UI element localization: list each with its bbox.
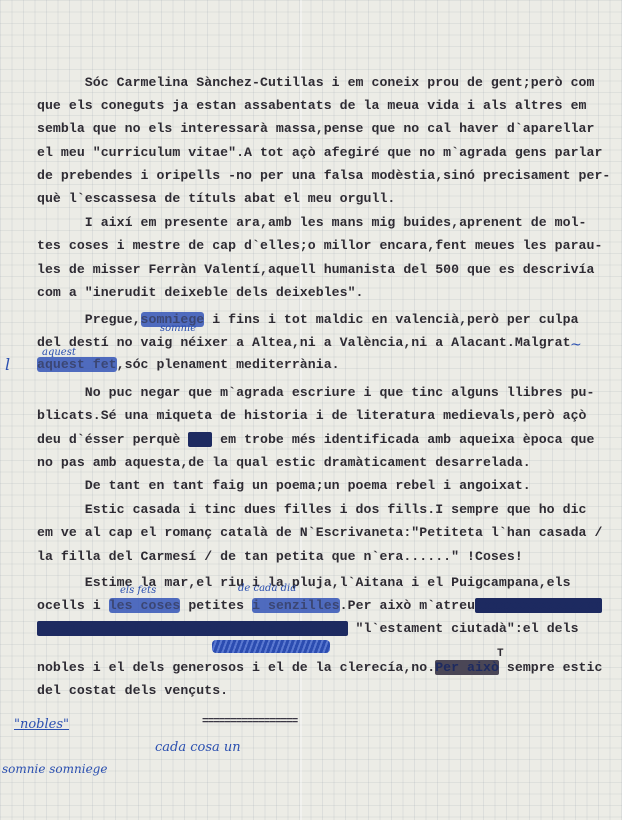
ink-scribble [212, 640, 330, 653]
text-line: blicats.Sé una miqueta de historia i de … [37, 408, 587, 424]
text-line: ocells i les coses petites i senzilles.P… [37, 598, 602, 614]
text-line: de prebendes i oripells -no per una fals… [37, 168, 610, 184]
text-fragment: sempre estic [499, 660, 603, 675]
text-fragment: "l`estament ciutadà":el dels [348, 621, 579, 636]
separator-rule: ================= [202, 716, 297, 728]
handwritten-note: somnie somniege [2, 762, 107, 776]
typewritten-page: Sóc Carmelina Sànchez-Cutillas i em cone… [0, 0, 622, 820]
struck-word: i senzilles [252, 598, 340, 613]
text-line: tes coses i mestre de cap d`elles;o mill… [37, 238, 602, 254]
text-line: del destí no vaig néixer a Altea,ni a Va… [37, 335, 571, 351]
text-line: deu d`ésser perquè xxx em trobe més iden… [37, 432, 594, 448]
struck-word: xxxxxxxxxxxxxxxx [475, 598, 602, 613]
text-line: com a "inerudit deixeble dels deixebles"… [37, 285, 364, 301]
struck-word: Per això [435, 660, 499, 675]
text-line: Pregue,somniege i fins i tot maldic en v… [37, 312, 579, 328]
text-line: el meu "curriculum vitae".A tot açò afeg… [37, 145, 602, 161]
text-line: Estic casada i tinc dues filles i dos fi… [37, 502, 587, 518]
text-line: De tant en tant faig un poema;un poema r… [37, 478, 531, 494]
text-line: Estime la mar,el riu i la pluja,l`Aitana… [37, 575, 571, 591]
handwritten-note: somnie [160, 323, 196, 334]
text-line: les de misser Ferràn Valentí,aquell huma… [37, 262, 594, 278]
margin-check-mark: l [5, 355, 10, 374]
text-line: nobles i el dels generosos i el de la cl… [37, 660, 602, 676]
struck-word: aquest fet [37, 357, 117, 372]
text-line: i sempre estic del costat dels vençutsx … [37, 621, 579, 637]
text-line: No puc negar que m`agrada escriure i que… [37, 385, 594, 401]
text-fragment: i fins i tot maldic en valencià,però per… [204, 312, 578, 327]
text-fragment: em trobe més identificada amb aqueixa èp… [212, 432, 594, 447]
handwritten-note: aquest [42, 347, 76, 358]
text-line: no pas amb aquesta,de la qual estic dram… [37, 455, 531, 471]
handwritten-note: de cada dia [238, 583, 296, 594]
text-fragment: ocells i [37, 598, 109, 613]
text-line: que els coneguts ja estan assabentats de… [37, 98, 587, 114]
text-line: em ve al cap el romanç català de N`Escri… [37, 525, 602, 541]
handwritten-note: els fets [120, 585, 156, 596]
struck-word: xxx [188, 432, 212, 447]
text-line: la filla del Carmesí / de tan petita que… [37, 549, 523, 565]
text-line: què l`escassesa de títuls abat el meu or… [37, 191, 395, 207]
text-line: I així em presente ara,amb les mans mig … [37, 215, 587, 231]
struck-line: i sempre estic del costat dels vençutsx [37, 621, 348, 636]
handwritten-note: cada cosa un [155, 740, 241, 755]
margin-scribble: ~ [570, 337, 582, 353]
text-line: del costat dels vençuts. [37, 683, 228, 699]
text-line: sembla que no els interessarà massa,pens… [37, 121, 594, 137]
text-fragment: Pregue, [37, 312, 141, 327]
text-fragment: .Per això m`atreu [340, 598, 475, 613]
text-line: aquest fet,sóc plenament mediterrània. [37, 357, 340, 373]
text-line: Sóc Carmelina Sànchez-Cutillas i em cone… [37, 75, 594, 91]
superscript-mark: T [497, 648, 504, 660]
text-fragment: deu d`ésser perquè [37, 432, 188, 447]
text-fragment: ,sóc plenament mediterrània. [117, 357, 340, 372]
struck-word: les coses [109, 598, 181, 613]
text-fragment: petites [180, 598, 252, 613]
text-fragment: nobles i el dels generosos i el de la cl… [37, 660, 435, 675]
handwritten-note: "nobles" [14, 717, 69, 732]
